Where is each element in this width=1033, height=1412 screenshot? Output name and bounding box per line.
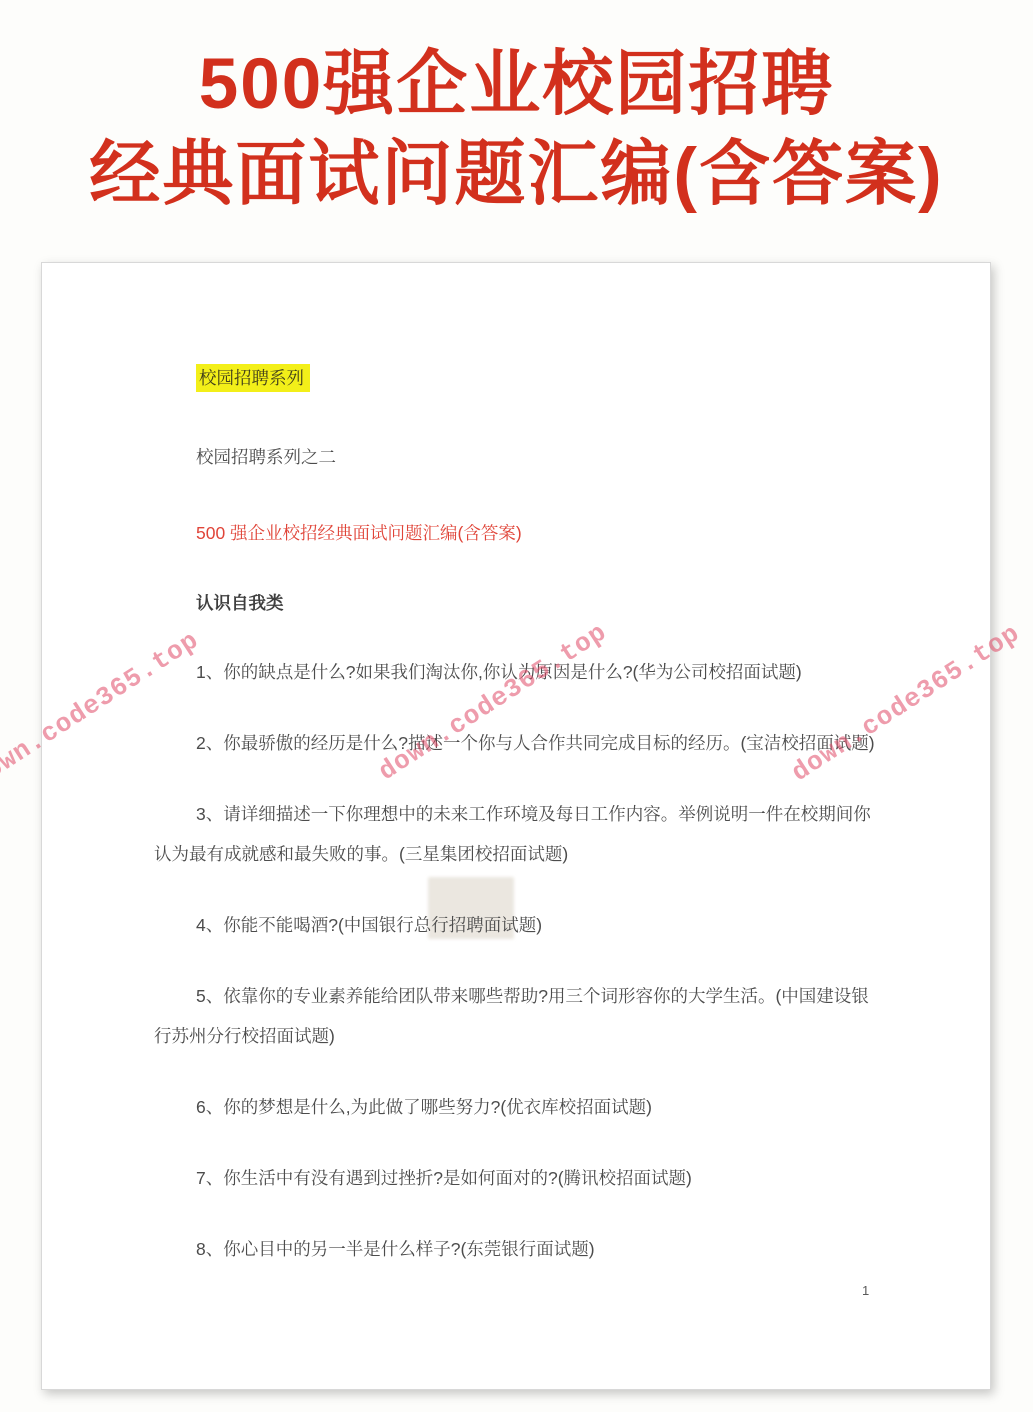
question-item-6: 6、你的梦想是什么,为此做了哪些努力?(优衣库校招面试题)	[154, 1087, 886, 1127]
screenshot-root: 500强企业校园招聘 经典面试问题汇编(含答案) 校园招聘系列 校园招聘系列之二…	[0, 0, 1033, 1412]
title-line-1: 500强企业校园招聘	[0, 40, 1033, 130]
highlighted-series-label: 校园招聘系列	[196, 364, 310, 392]
document-main-title: 500强企业校园招聘 经典面试问题汇编(含答案)	[0, 0, 1033, 220]
page-number: 1	[862, 1283, 869, 1298]
document-subtitle: 500 强企业校招经典面试问题汇编(含答案)	[154, 513, 886, 553]
title-line-2: 经典面试问题汇编(含答案)	[0, 130, 1033, 220]
question-item-3: 3、请详细描述一下你理想中的未来工作环境及每日工作内容。举例说明一件在校期间你认…	[154, 794, 886, 874]
document-page: 校园招聘系列 校园招聘系列之二 500 强企业校招经典面试问题汇编(含答案) 认…	[41, 262, 991, 1390]
question-item-1: 1、你的缺点是什么?如果我们淘汰你,你认为原因是什么?(华为公司校招面试题)	[154, 652, 886, 692]
question-item-8: 8、你心目中的另一半是什么样子?(东莞银行面试题)	[154, 1229, 886, 1269]
highlight-row: 校园招聘系列	[154, 363, 886, 393]
series-subtitle: 校园招聘系列之二	[154, 437, 886, 477]
question-item-4: 4、你能不能喝酒?(中国银行总行招聘面试题)	[154, 905, 886, 945]
question-item-5: 5、依靠你的专业素养能给团队带来哪些帮助?用三个词形容你的大学生活。(中国建设银…	[154, 976, 886, 1056]
page-content: 校园招聘系列 校园招聘系列之二 500 强企业校招经典面试问题汇编(含答案) 认…	[42, 263, 990, 1389]
question-item-7: 7、你生活中有没有遇到过挫折?是如何面对的?(腾讯校招面试题)	[154, 1158, 886, 1198]
section-heading: 认识自我类	[154, 583, 886, 623]
question-item-2: 2、你最骄傲的经历是什么?描述一个你与人合作共同完成目标的经历。(宝洁校招面试题…	[154, 723, 886, 763]
